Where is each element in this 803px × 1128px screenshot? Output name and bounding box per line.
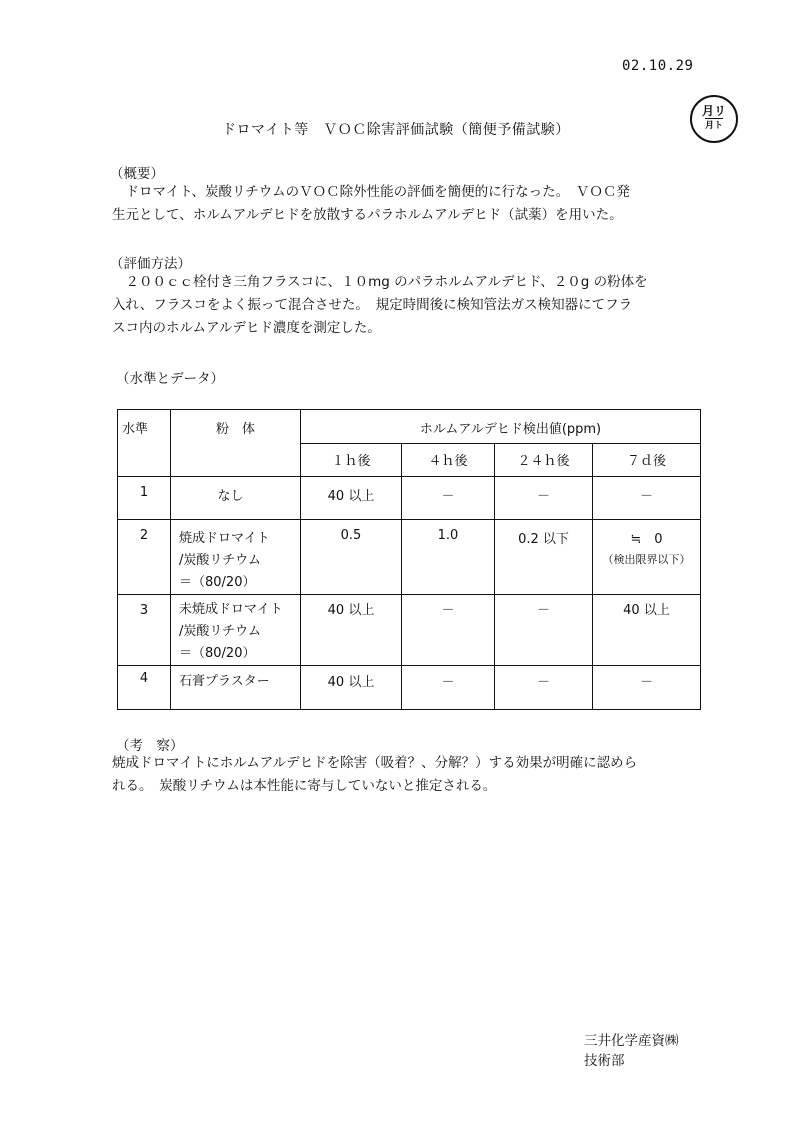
levels-heading: （水準とデータ）	[116, 367, 224, 387]
cell-powder: 未焼成ドロマイト /炭酸リチウム ＝（80/20）	[171, 595, 301, 666]
cell-value-1h: 40 以上	[301, 666, 402, 710]
cell-value-1h: 40 以上	[301, 595, 402, 666]
cell-powder: 焼成ドロマイト /炭酸リチウム ＝（80/20）	[171, 520, 301, 595]
cell-value-4h: －	[402, 666, 495, 710]
method-heading: （評価方法）	[110, 252, 191, 272]
cell-value-7d: －	[593, 666, 701, 710]
discussion-line: 焼成ドロマイトにホルムアルデヒドを除害（吸着？、分解？）する効果が明確に認めら	[112, 752, 712, 775]
cell-level: 2	[118, 520, 171, 595]
document-date: 02.10.29	[622, 58, 693, 74]
method-body: ２００ｃｃ栓付き三角フラスコに、１０mg のパラホルムアルデヒド、２０g の粉体…	[112, 271, 702, 340]
approval-stamp-icon: 月リ 月ト	[690, 95, 738, 143]
discussion-line: れる。 炭酸リチウムは本性能に寄与していないと推定される。	[112, 775, 712, 798]
stamp-line-1: 月リ	[702, 105, 726, 118]
overview-line: ドロマイト、炭酸リチウムのＶＯＣ除外性能の評価を簡便的に行なった。 ＶＯＣ発	[112, 181, 702, 204]
header-time-24h: ２４ｈ後	[495, 444, 593, 477]
stamp-line-2: 月ト	[705, 118, 723, 133]
company-name: 三井化学産資㈱	[584, 1031, 679, 1051]
cell-value-7d: ≒ 0 （検出限界以下）	[593, 520, 701, 595]
overview-heading: （概要）	[110, 162, 164, 182]
cell-value-24h: －	[495, 666, 593, 710]
table-header-row: 水準 粉 体 ホルムアルデヒド検出値(ppm)	[118, 410, 701, 444]
table-row: 4 石膏プラスター 40 以上 － － －	[118, 666, 701, 710]
department-name: 技術部	[584, 1051, 679, 1071]
document-title: ドロマイト等 ＶＯＣ除害評価試験（簡便予備試験）	[222, 119, 570, 139]
cell-level: 4	[118, 666, 171, 710]
method-line: スコ内のホルムアルデヒド濃度を測定した。	[112, 317, 702, 340]
cell-value-4h: 1.0	[402, 520, 495, 595]
detection-limit-note: （検出限界以下）	[593, 551, 700, 567]
signature-block: 三井化学産資㈱ 技術部	[584, 1031, 679, 1071]
cell-value-24h: －	[495, 477, 593, 520]
table-row: 3 未焼成ドロマイト /炭酸リチウム ＝（80/20） 40 以上 － － 40…	[118, 595, 701, 666]
cell-value-1h: 40 以上	[301, 477, 402, 520]
cell-level: 3	[118, 595, 171, 666]
header-level: 水準	[118, 410, 171, 477]
cell-value-24h: 0.2 以下	[495, 520, 593, 595]
header-time-1h: １ｈ後	[301, 444, 402, 477]
cell-value-4h: －	[402, 595, 495, 666]
overview-body: ドロマイト、炭酸リチウムのＶＯＣ除外性能の評価を簡便的に行なった。 ＶＯＣ発 生…	[112, 181, 702, 227]
cell-value-7d: －	[593, 477, 701, 520]
method-line: 入れ、フラスコをよく振って混合させた。 規定時間後に検知管法ガス検知器にてフラ	[112, 294, 702, 317]
table-row: 2 焼成ドロマイト /炭酸リチウム ＝（80/20） 0.5 1.0 0.2 以…	[118, 520, 701, 595]
method-line: ２００ｃｃ栓付き三角フラスコに、１０mg のパラホルムアルデヒド、２０g の粉体…	[112, 271, 702, 294]
header-powder: 粉 体	[171, 410, 301, 477]
cell-powder: 石膏プラスター	[171, 666, 301, 710]
cell-value-4h: －	[402, 477, 495, 520]
header-group: ホルムアルデヒド検出値(ppm)	[301, 410, 701, 444]
header-time-4h: ４ｈ後	[402, 444, 495, 477]
formaldehyde-data-table: 水準 粉 体 ホルムアルデヒド検出値(ppm) １ｈ後 ４ｈ後 ２４ｈ後 ７ｄ後…	[117, 409, 701, 710]
discussion-heading: （考 察）	[116, 734, 184, 754]
cell-value-7d: 40 以上	[593, 595, 701, 666]
table-row: 1 なし 40 以上 － － －	[118, 477, 701, 520]
overview-line: 生元として、ホルムアルデヒドを放散するパラホルムアルデヒド（試薬）を用いた。	[112, 204, 702, 227]
cell-value-24h: －	[495, 595, 593, 666]
cell-value-1h: 0.5	[301, 520, 402, 595]
discussion-body: 焼成ドロマイトにホルムアルデヒドを除害（吸着？、分解？）する効果が明確に認めら …	[112, 752, 712, 798]
header-time-7d: ７ｄ後	[593, 444, 701, 477]
cell-powder: なし	[171, 477, 301, 520]
cell-level: 1	[118, 477, 171, 520]
